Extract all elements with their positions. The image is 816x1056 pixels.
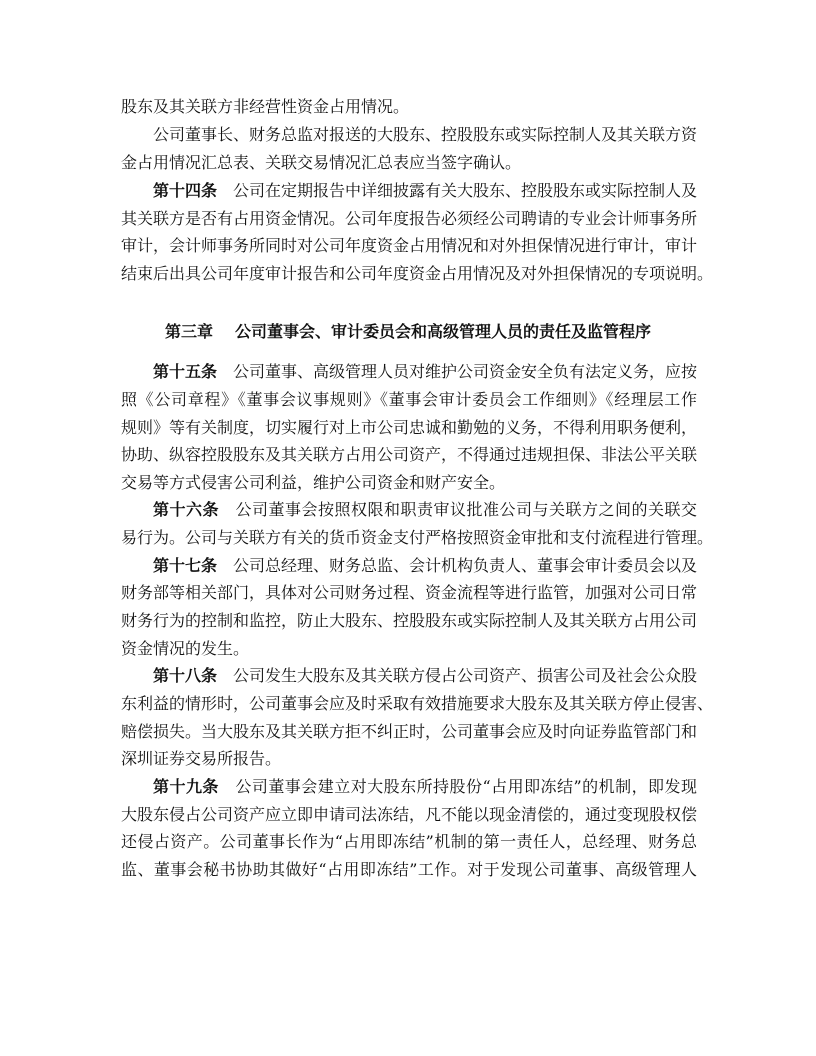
article-18-line: 第十八条公司发生大股东及其关联方侵占公司资产、损害公司及社会公众股	[153, 662, 697, 690]
article-15-line: 第十五条公司董事、高级管理人员对维护公司资金安全负有法定义务，应按	[153, 358, 697, 386]
article-17-label: 第十七条	[153, 556, 217, 575]
article-15-line: 照《公司章程》《董事会议事规则》《董事会审计委员会工作细则》《经理层工作	[121, 386, 697, 414]
article-14-line: 第十四条公司在定期报告中详细披露有关大股东、控股股东或实际控制人及	[153, 177, 697, 205]
article-19-line: 大股东侵占公司资产应立即申请司法冻结，凡不能以现金清偿的，通过变现股权偿	[121, 801, 697, 829]
paragraph-line: 金占用情况汇总表、关联交易情况汇总表应当签字确认。	[121, 149, 697, 177]
article-14-line: 其关联方是否有占用资金情况。公司年度报告必须经公司聘请的专业会计师事务所	[121, 205, 697, 233]
article-17-line: 第十七条公司总经理、财务总监、会计机构负责人、董事会审计委员会以及	[153, 552, 697, 580]
article-17-line: 财务部等相关部门，具体对公司财务过程、资金流程等进行监管，加强对公司日常	[121, 579, 697, 607]
article-15-line: 协助、纵容控股股东及其关联方占用公司资产，不得通过违规担保、非法公平关联	[121, 441, 697, 469]
article-19-label: 第十九条	[153, 777, 219, 796]
article-18-line: 深圳证券交易所报告。	[121, 745, 697, 773]
article-18-line: 东利益的情形时，公司董事会应及时采取有效措施要求大股东及其关联方停止侵害、	[121, 690, 697, 718]
article-19-line: 监、董事会秘书协助其做好“占用即冻结”工作。对于发现公司董事、高级管理人	[121, 856, 697, 884]
article-14-label: 第十四条	[153, 181, 217, 200]
article-19-line: 还侵占资产。公司董事长作为“占用即冻结”机制的第一责任人，总经理、财务总	[121, 828, 697, 856]
article-18-label: 第十八条	[153, 666, 217, 685]
article-15-line: 交易等方式侵害公司利益，维护公司资金和财产安全。	[121, 469, 697, 497]
article-17-line: 财务行为的控制和监控，防止大股东、控股股东或实际控制人及其关联方占用公司	[121, 607, 697, 635]
article-15-label: 第十五条	[153, 362, 217, 381]
article-16-line: 第十六条公司董事会按照权限和职责审议批准公司与关联方之间的关联交	[153, 496, 697, 524]
chapter-heading: 第三章公司董事会、审计委员会和高级管理人员的责任及监管程序	[0, 318, 816, 346]
article-15-line: 规则》等有关制度，切实履行对上市公司忠诚和勤勉的义务，不得利用职务便利，	[121, 414, 697, 442]
chapter-title: 公司董事会、审计委员会和高级管理人员的责任及监管程序	[235, 322, 651, 341]
article-16-line: 易行为。公司与关联方有关的货币资金支付严格按照资金审批和支付流程进行管理。	[121, 524, 697, 552]
article-17-line: 资金情况的发生。	[121, 635, 697, 663]
continuation-line: 股东及其关联方非经营性资金占用情况。	[121, 93, 697, 121]
article-18-line: 赔偿损失。当大股东及其关联方拒不纠正时，公司董事会应及时向证券监管部门和	[121, 718, 697, 746]
document-page: 股东及其关联方非经营性资金占用情况。 公司董事长、财务总监对报送的大股东、控股股…	[0, 0, 816, 1056]
article-16-label: 第十六条	[153, 500, 219, 519]
paragraph-line: 公司董事长、财务总监对报送的大股东、控股股东或实际控制人及其关联方资	[153, 121, 697, 149]
article-19-line: 第十九条公司董事会建立对大股东所持股份“占用即冻结”的机制，即发现	[153, 773, 697, 801]
article-14-line: 审计，会计师事务所同时对公司年度资金占用情况和对外担保情况进行审计，审计	[121, 232, 697, 260]
article-14-line: 结束后出具公司年度审计报告和公司年度资金占用情况及对外担保情况的专项说明。	[121, 260, 697, 288]
chapter-label: 第三章	[165, 322, 213, 341]
